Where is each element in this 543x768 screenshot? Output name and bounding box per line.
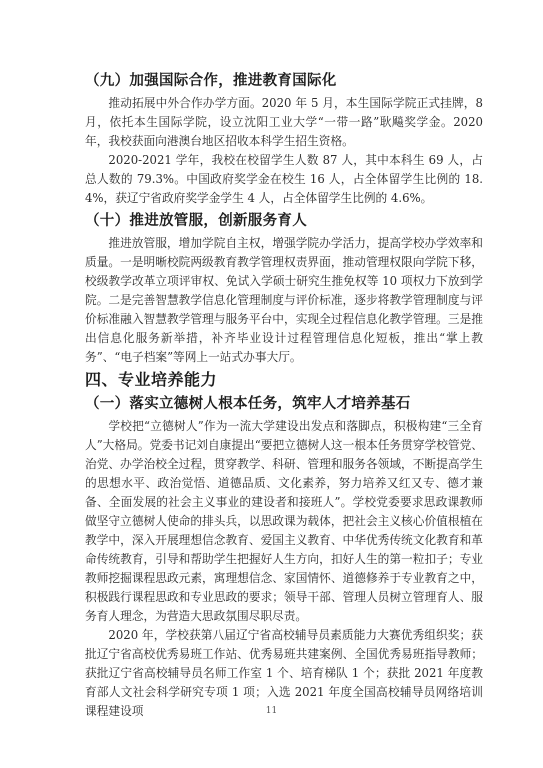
section-heading-4-1: （一）落实立德树人根本任务，筑牢人才培养基石 [85, 394, 483, 414]
section-heading-10: （十）推进放管服，创新服务育人 [85, 211, 483, 231]
page-number: 11 [0, 706, 543, 716]
paragraph-fangguanfu-reform: 推进放管服，增加学院自主权，增强学院办学活力，提高学校办学效率和质量。一是明晰校… [85, 234, 483, 367]
chapter-heading-4: 四、专业培养能力 [85, 369, 483, 391]
section-heading-9: （九）加强国际合作，推进教育国际化 [85, 71, 483, 91]
paragraph-intl-students: 2020-2021 学年，我校在校留学生人数 87 人，其中本科生 69 人，占… [85, 151, 483, 208]
page-content: （九）加强国际合作，推进教育国际化 推动拓展中外合作办学方面。2020 年 5 … [85, 68, 483, 721]
paragraph-intl-cooperation: 推动拓展中外合作办学方面。2020 年 5 月，本生国际学院正式挂牌，8 月，依… [85, 94, 483, 151]
paragraph-lideshuren: 学校把“立德树人”作为一流大学建设出发点和落脚点，积极构建“三全育人”大格局。党… [85, 417, 483, 626]
document-page: （九）加强国际合作，推进教育国际化 推动拓展中外合作办学方面。2020 年 5 … [0, 0, 543, 768]
